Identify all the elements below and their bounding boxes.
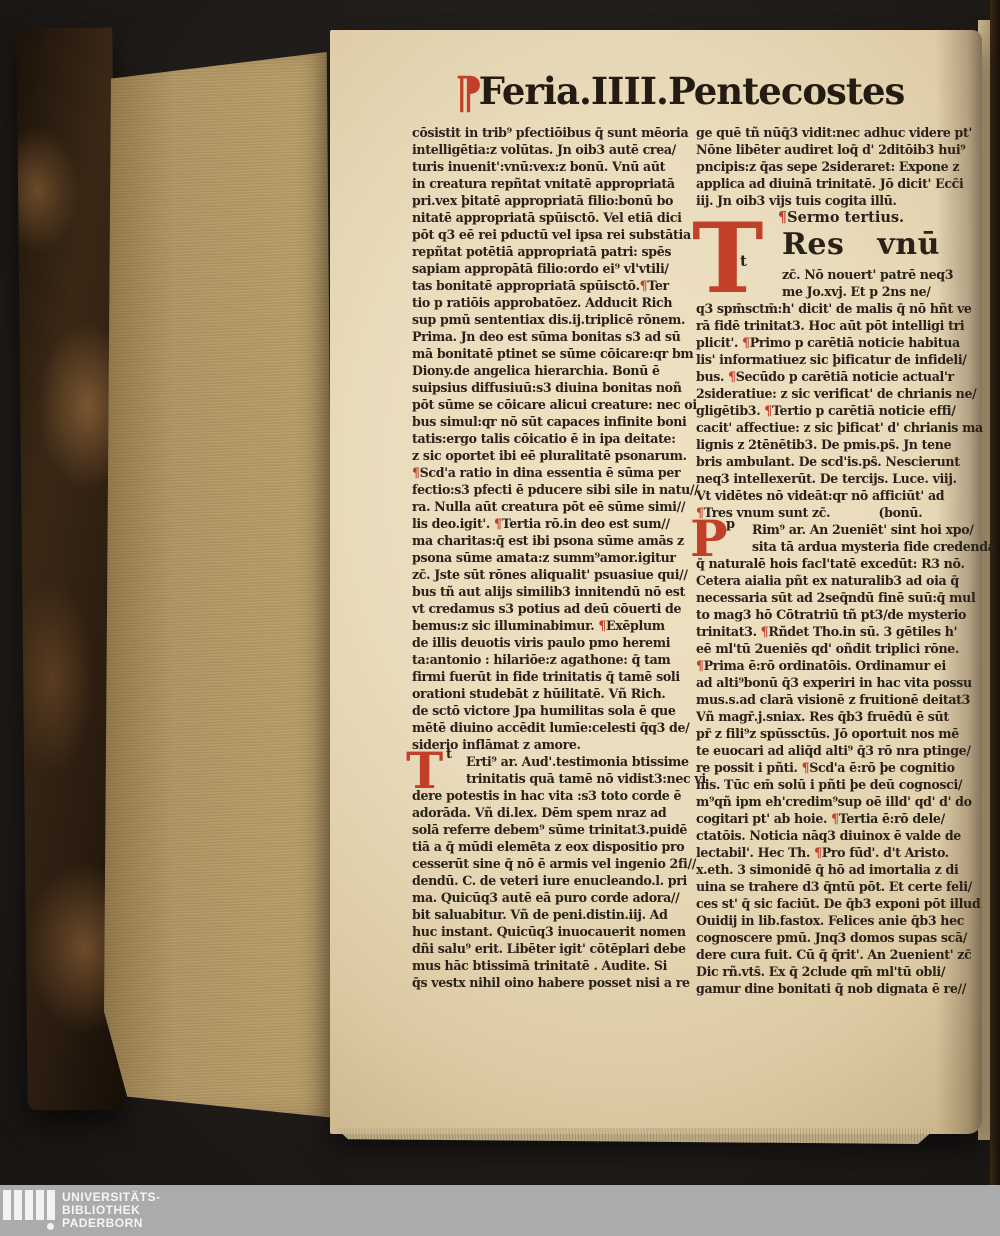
bottom-page-edges [336,1128,936,1144]
text-line: trinitatis quā tamē nō vidist3:nec vi [412,770,704,787]
text-line: bus tñ aut alijs similib3 innitendū nō e… [412,583,704,600]
text-line: neq3 intellexerūt. De tercijs. Luce. vii… [696,470,986,487]
text-line: ta:antonio : hilariōe:z agathone: q̄ tam [412,651,704,668]
text-line: vt credamus s3 potius ad deū cōuerti de [412,600,704,617]
text-line: orationi studebāt z hūilitatē. Vñ Rich. [412,685,704,702]
text-line: re possit i pñti. ¶Scd'a ē:rō þe cogniti… [696,759,986,776]
text-line: eē ml'tū 2ueniēs qd' oñdit triplici rōne… [696,640,986,657]
text-line: gamur dine bonitati q̄ nob dignata ē re/… [696,980,986,997]
text-line: ma charitas:q̄ est ibi psona sūme amās z [412,532,704,549]
library-name: UNIVERSITÄTS- BIBLIOTHEK PADERBORN [62,1191,161,1230]
text-line: rā fidē trinitat3. Hoc aūt pōt intelligi… [696,317,986,334]
text-line: mus hāc btissimā trinitatē . Audite. Si [412,957,704,974]
library-name-line: PADERBORN [62,1217,161,1230]
text-line: ra. Nulla aūt creatura pōt eē sūme simi/… [412,498,704,515]
text-line: sita tā ardua mysteria fide credenda [696,538,986,555]
text-line: cacit' affectiue: z sic þificat' d' chri… [696,419,986,436]
text-line: pncipis:z q̄as sepe 2sideraret: Expone z [696,158,986,175]
text-line: Vñ magr̄.j.sniax. Res q̄b3 fruēdū ē sūt [696,708,986,725]
text-line: Diony.de angelica hierarchia. Bonū ē [412,362,704,379]
text-line: necessaria sūt ad 2seq̄ndū finē suū:q̄ m… [696,589,986,606]
logo-bar [25,1190,33,1220]
text-line: pōt q3 eē rei pductū vel ipsa rei substā… [412,226,704,243]
text-line: sup pmū sententiax dis.ij.triplicē rōnem… [412,311,704,328]
running-title: ¶Feria.IIII.Pentecostes [400,68,960,119]
text-line: applica ad diuinā trinitatē. Jō dicit' E… [696,175,986,192]
text-line: lis deo.igit'. ¶Tertia rō.in deo est sum… [412,515,704,532]
text-line: ge quē tñ nūq̄3 vidit:nec adhuc videre p… [696,124,986,141]
text-line: pr̄ z fili⁹z spūssctūs. Jō oportuit nos … [696,725,986,742]
text-line: Rim⁹ ar. An 2ueniēt' sint hoi xpo/ [696,521,986,538]
text-line: z sic oportet ibi eē pluralitatē psonaru… [412,447,704,464]
rubric-initial-T-large: T [692,220,763,298]
text-line: adorāda. Vñ di.lex. Dēm spem nraz ad [412,804,704,821]
text-line: dere potestis in hac vita :s3 toto corde… [412,787,704,804]
text-line: lis' informatiuez sic þificatur de infid… [696,351,986,368]
text-line: lectabil'. Hec Th. ¶Pro fūd'. d't Aristo… [696,844,986,861]
text-line: Vt vidētes nō videāt:qr nō afficiūt' ad [696,487,986,504]
text-line: Ouidij in lib.fastox. Felices anie q̄b3 … [696,912,986,929]
logo-bar [3,1190,11,1220]
text-line: ¶Tres vnum sunt zc̄. (bonū. [696,504,986,521]
text-line: de sctō victore Jpa humilitas sola ē que [412,702,704,719]
logo-bar [14,1190,22,1220]
text-line: psona sūme amata:z summ⁹amor.igitur [412,549,704,566]
guide-letter-t: t [446,747,452,762]
logo-bar [47,1190,55,1220]
text-line: bus simul:qr nō sūt capaces infinite bon… [412,413,704,430]
text-line: tas bonitatē appropriatā spūisctō.¶Ter [412,277,704,294]
text-line: zc̄. Jste sūt rōnes aliqualit' psuasiue … [412,566,704,583]
text-line: dere cura fuit. Cū q̄ q̄rit'. An 2uenien… [696,946,986,963]
ub-paderborn-logo-icon [3,1190,59,1232]
text-line: Nōne libēter audiret loq̄ d' 2ditōib3 hu… [696,141,986,158]
rubric-pilcrow-icon: ¶ [456,68,483,119]
text-line: sapiam appropātā filio:ordo ei⁹ vl'vtili… [412,260,704,277]
text-line: bit saluabitur. Vñ de peni.distin.iij. A… [412,906,704,923]
book-page-stack-fore-edge [104,52,336,1118]
text-line: to mag3 hō Cōtratriū tñ pt3/de mysterio [696,606,986,623]
text-line: dñi salu⁹ erit. Libēter igit' cōtēplari … [412,940,704,957]
text-line: solā referre debem⁹ sūme trinitat3.puidē [412,821,704,838]
text-line: cōsistit in trib⁹ pfectiōibus q̄ sunt mē… [412,124,704,141]
text-line: pōt sūme se cōicare alicui creature: nec… [412,396,704,413]
text-line: tio p ratiōis approbatōez. Adducit Rich [412,294,704,311]
text-line: bemus:z sic illuminabimur. ¶Exēplum [412,617,704,634]
text-line: in creatura repñtat vnitatē appropriatā [412,175,704,192]
guide-letter-t: t [740,252,747,270]
text-line: suipsius diffusiuū:s3 diuina bonitas noñ [412,379,704,396]
text-line: ces st' q̄ sic faciūt. De q̄b3 exponi pō… [696,895,986,912]
logo-dot [47,1223,54,1230]
running-title-text: Feria.IIII.Pentecostes [479,69,905,113]
text-line: gligētib3. ¶Tertio p carētiā noticie eff… [696,402,986,419]
text-line: ad alti⁹bonū q̄3 experiri in hac vita po… [696,674,986,691]
book-page: ¶Feria.IIII.Pentecostes T t cōsistit in … [330,30,982,1134]
text-line: mā bonitatē ptinet se sūme cōicare:qr bm [412,345,704,362]
text-line: cognoscere pmū. Jnq3 domos supas scā/ [696,929,986,946]
text-line: Cetera aialia pñt ex naturalib3 ad oia q… [696,572,986,589]
text-line: ma. Quicūq3 autē eā puro corde adora// [412,889,704,906]
text-line: intelligētia:z volūtas. Jn oib3 autē cre… [412,141,704,158]
text-line: 2sideratiue: z sic verificat' de chriani… [696,385,986,402]
text-line: pri.vex þitatē appropriatā filio:bonū bo [412,192,704,209]
text-line: Erti⁹ ar. Aud'.testimonia btissime [412,753,704,770]
rubric-initial-P: P [690,519,728,559]
text-line: q̄s vestx nihil oino habere posset nisi … [412,974,704,991]
text-line: cesserūt sine q̄ nō ē armis vel ingenio … [412,855,704,872]
text-line: lignis z 2tēnētib3. De pmis.ps̄. Jn tene [696,436,986,453]
text-line: te euocari ad aliq̄d alti⁹ q̄3 rō nra pt… [696,742,986,759]
rubric-initial-T: T [406,751,443,791]
text-line: nitatē appropriatā spūisctō. Vel etiā di… [412,209,704,226]
text-line: nis. Tūc em̄ solū i pñti þe deū cognosci… [696,776,986,793]
guide-letter-p: p [726,517,735,532]
text-line: ctatōis. Noticia nāq3 diuinox ē valde de [696,827,986,844]
text-line: bris ambulant. De scd'is.ps̄. Nescierunt [696,453,986,470]
text-line: plicit'. ¶Primo p carētiā noticie habitu… [696,334,986,351]
photo-of-open-book: ¶Feria.IIII.Pentecostes T t cōsistit in … [0,0,1000,1236]
text-column-right: T t P p ge quē tñ nūq̄3 vidit:nec adhuc … [696,124,986,1008]
text-line: ¶Prima ē:rō ordinatōis. Ordinamur ei [696,657,986,674]
digitized-book-photo: { "header": { "pilcrow": "¶", "title": "… [0,0,1000,1236]
text-line: siderio inflāmat z amore. [412,736,704,753]
text-line: uina se trahere d3 q̄ntū pōt. Et certe f… [696,878,986,895]
text-line: bus. ¶Secūdo p carētiā noticie actual'r [696,368,986,385]
text-line: ¶Scd'a ratio in dina essentia ē sūma per [412,464,704,481]
text-line: mus.s.ad clarā visionē z fruitionē deita… [696,691,986,708]
text-line: repñtat potētiā appropriatā patri: spēs [412,243,704,260]
text-line: firmi fuerūt in fide trinitatis q̄ tamē … [412,668,704,685]
logo-bar [36,1190,44,1220]
text-line: m⁹qñ ipm eh'credim⁹sup oē illd' qd' d' d… [696,793,986,810]
text-line: mētē diuino accēdit lumīe:celesti q̄q3 d… [412,719,704,736]
text-line: turis inuenit':vnū:vex:z bonū. Vnū aūt [412,158,704,175]
text-line: tiā a q̄ mūdi elemēta z eox dispositio p… [412,838,704,855]
text-line: huc instant. Quicūq3 inuocauerit nomen [412,923,704,940]
text-line: Prima. Jn deo est sūma bonitas s3 ad sū [412,328,704,345]
book-cover-right-edge [990,0,1000,1236]
text-line: dendū. C. de veteri iure enucleando.l. p… [412,872,704,889]
text-line: tatis:ergo talis cōicatio ē in ipa deita… [412,430,704,447]
text-line: x.eth. 3 simonidē q̄ hō ad imortalia z d… [696,861,986,878]
text-line: cogitari pt' ab hoie. ¶Tertia ē:rō dele/ [696,810,986,827]
text-column-left: T t cōsistit in trib⁹ pfectiōibus q̄ sun… [412,124,704,1000]
text-line: q̄ naturalē hois facl'tatē excedūt: R3 n… [696,555,986,572]
text-line: Dic rñ.vts̄. Ex q̄ 2clude qm̄ ml'tū obli… [696,963,986,980]
text-line: fectio:s3 pfecti ē pducere sibi sile in … [412,481,704,498]
library-watermark-band: UNIVERSITÄTS- BIBLIOTHEK PADERBORN [0,1185,1000,1236]
text-line: de illis deuotis viris paulo pmo heremi [412,634,704,651]
text-line: trinitat3. ¶Rñdet Tho.in sū. 3 gētiles h… [696,623,986,640]
